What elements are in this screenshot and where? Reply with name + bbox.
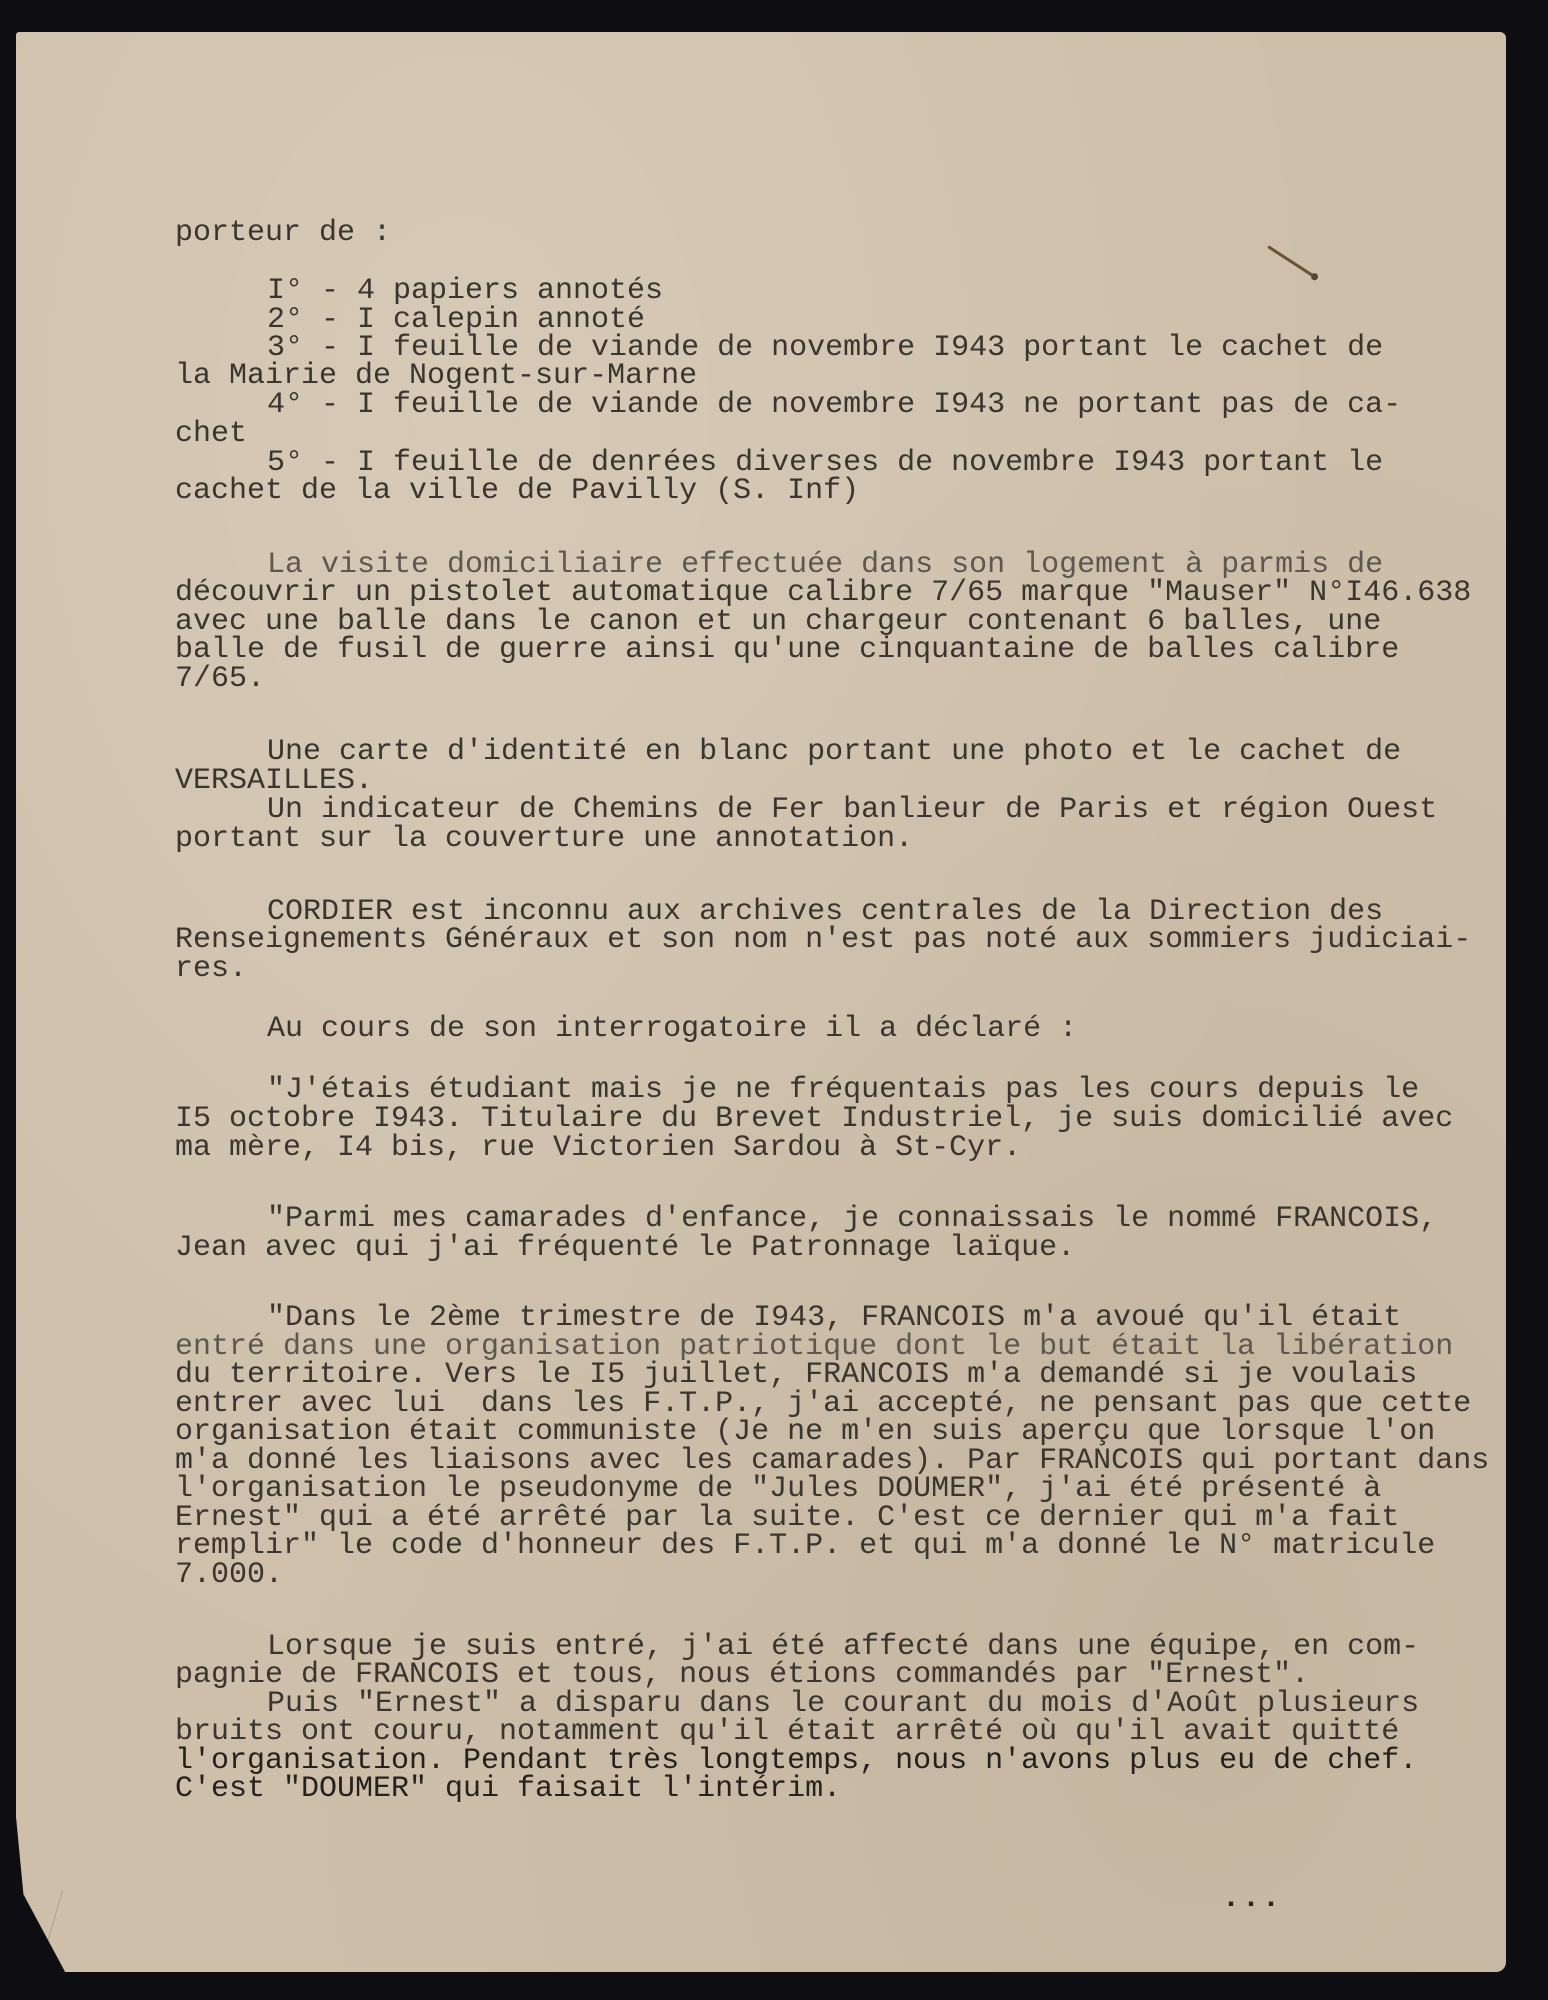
- statement-student-line-1: "J'étais étudiant mais je ne fréquentais…: [267, 1075, 1419, 1105]
- folded-corner: [30, 1890, 113, 2000]
- paragraph-search-line-5: 7/65.: [175, 664, 265, 694]
- statement-team-line-2: pagnie de FRANCOIS et tous, nous étions …: [175, 1660, 1309, 1690]
- item-1: I° - 4 papiers annotés: [267, 276, 663, 306]
- statement-ftp-line-10: 7.000.: [175, 1560, 283, 1590]
- paragraph-timetable-line-2: portant sur la couverture une annotation…: [175, 824, 913, 854]
- paragraph-id-card-line-1: Une carte d'identité en blanc portant un…: [267, 737, 1401, 767]
- item-5-line-2: cachet de la ville de Pavilly (S. Inf): [175, 476, 859, 506]
- document-page: porteur de : I° - 4 papiers annotés 2° -…: [16, 32, 1506, 1972]
- statement-student-line-3: ma mère, I4 bis, rue Victorien Sardou à …: [175, 1133, 1021, 1163]
- statement-student-line-2: I5 octobre I943. Titulaire du Brevet Ind…: [175, 1104, 1453, 1134]
- item-4-line-2: chet: [175, 419, 247, 449]
- intro-line: porteur de :: [175, 218, 391, 248]
- paragraph-search-line-4: balle de fusil de guerre ainsi qu'une ci…: [175, 635, 1399, 665]
- statement-ernest-line-2: bruits ont couru, notamment qu'il était …: [175, 1717, 1399, 1747]
- paragraph-id-card-line-2: VERSAILLES.: [175, 766, 373, 796]
- statement-ftp-line-3: du territoire. Vers le I5 juillet, FRANC…: [175, 1360, 1417, 1390]
- statement-ftp-line-7: l'organisation le pseudonyme de "Jules D…: [175, 1474, 1381, 1504]
- continuation-mark: ...: [1222, 1882, 1282, 1916]
- statement-ernest-line-4: C'est "DOUMER" qui faisait l'intérim.: [175, 1774, 841, 1804]
- statement-ftp-line-5: organisation était communiste (Je ne m'e…: [175, 1417, 1435, 1447]
- item-4-line-1: 4° - I feuille de viande de novembre I94…: [267, 390, 1401, 420]
- paragraph-timetable-line-1: Un indicateur de Chemins de Fer banlieur…: [267, 795, 1437, 825]
- paragraph-archives-line-3: res.: [175, 954, 247, 984]
- paragraph-archives-line-2: Renseignements Généraux et son nom n'est…: [175, 925, 1471, 955]
- paragraph-interrogation-heading: Au cours de son interrogatoire il a décl…: [267, 1014, 1077, 1044]
- ink-stain-mark: [1267, 245, 1316, 278]
- statement-ftp-line-1: "Dans le 2ème trimestre de I943, FRANCOI…: [267, 1303, 1401, 1333]
- statement-ftp-line-9: remplir" le code d'honneur des F.T.P. et…: [175, 1531, 1435, 1561]
- statement-friends-line-1: "Parmi mes camarades d'enfance, je conna…: [267, 1204, 1437, 1234]
- paragraph-search-line-2: découvrir un pistolet automatique calibr…: [175, 578, 1471, 608]
- statement-friends-line-2: Jean avec qui j'ai fréquenté le Patronna…: [175, 1233, 1075, 1263]
- item-3-line-2: la Mairie de Nogent-sur-Marne: [175, 361, 697, 391]
